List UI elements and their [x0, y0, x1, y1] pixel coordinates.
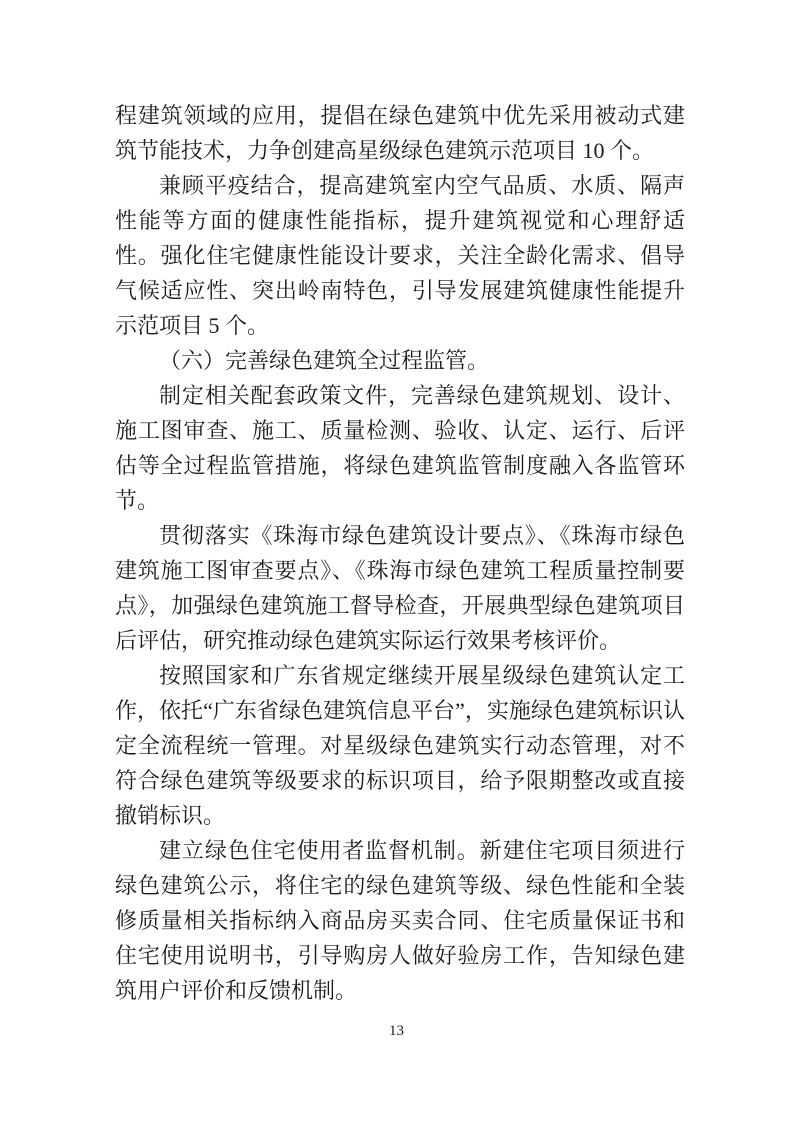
paragraph: 贯彻落实《珠海市绿色建筑设计要点》、《珠海市绿色建筑施工图审查要点》、《珠海市绿… — [115, 518, 685, 658]
paragraph: 按照国家和广东省规定继续开展星级绿色建筑认定工作，依托“广东省绿色建筑信息平台”… — [115, 658, 685, 833]
document-page: 程建筑领域的应用，提倡在绿色建筑中优先采用被动式建筑节能技术，力争创建高星级绿色… — [0, 0, 793, 1122]
page-number: 13 — [389, 1023, 404, 1039]
document-content: 程建筑领域的应用，提倡在绿色建筑中优先采用被动式建筑节能技术，力争创建高星级绿色… — [115, 98, 685, 1008]
section-heading: （六）完善绿色建筑全过程监管。 — [115, 343, 685, 378]
paragraph-continuation: 程建筑领域的应用，提倡在绿色建筑中优先采用被动式建筑节能技术，力争创建高星级绿色… — [115, 98, 685, 168]
paragraph: 兼顾平疫结合，提高建筑室内空气品质、水质、隔声性能等方面的健康性能指标，提升建筑… — [115, 168, 685, 343]
paragraph: 制定相关配套政策文件，完善绿色建筑规划、设计、施工图审查、施工、质量检测、验收、… — [115, 378, 685, 518]
paragraph: 建立绿色住宅使用者监督机制。新建住宅项目须进行绿色建筑公示，将住宅的绿色建筑等级… — [115, 833, 685, 1008]
page-footer: 13 — [0, 1022, 793, 1040]
